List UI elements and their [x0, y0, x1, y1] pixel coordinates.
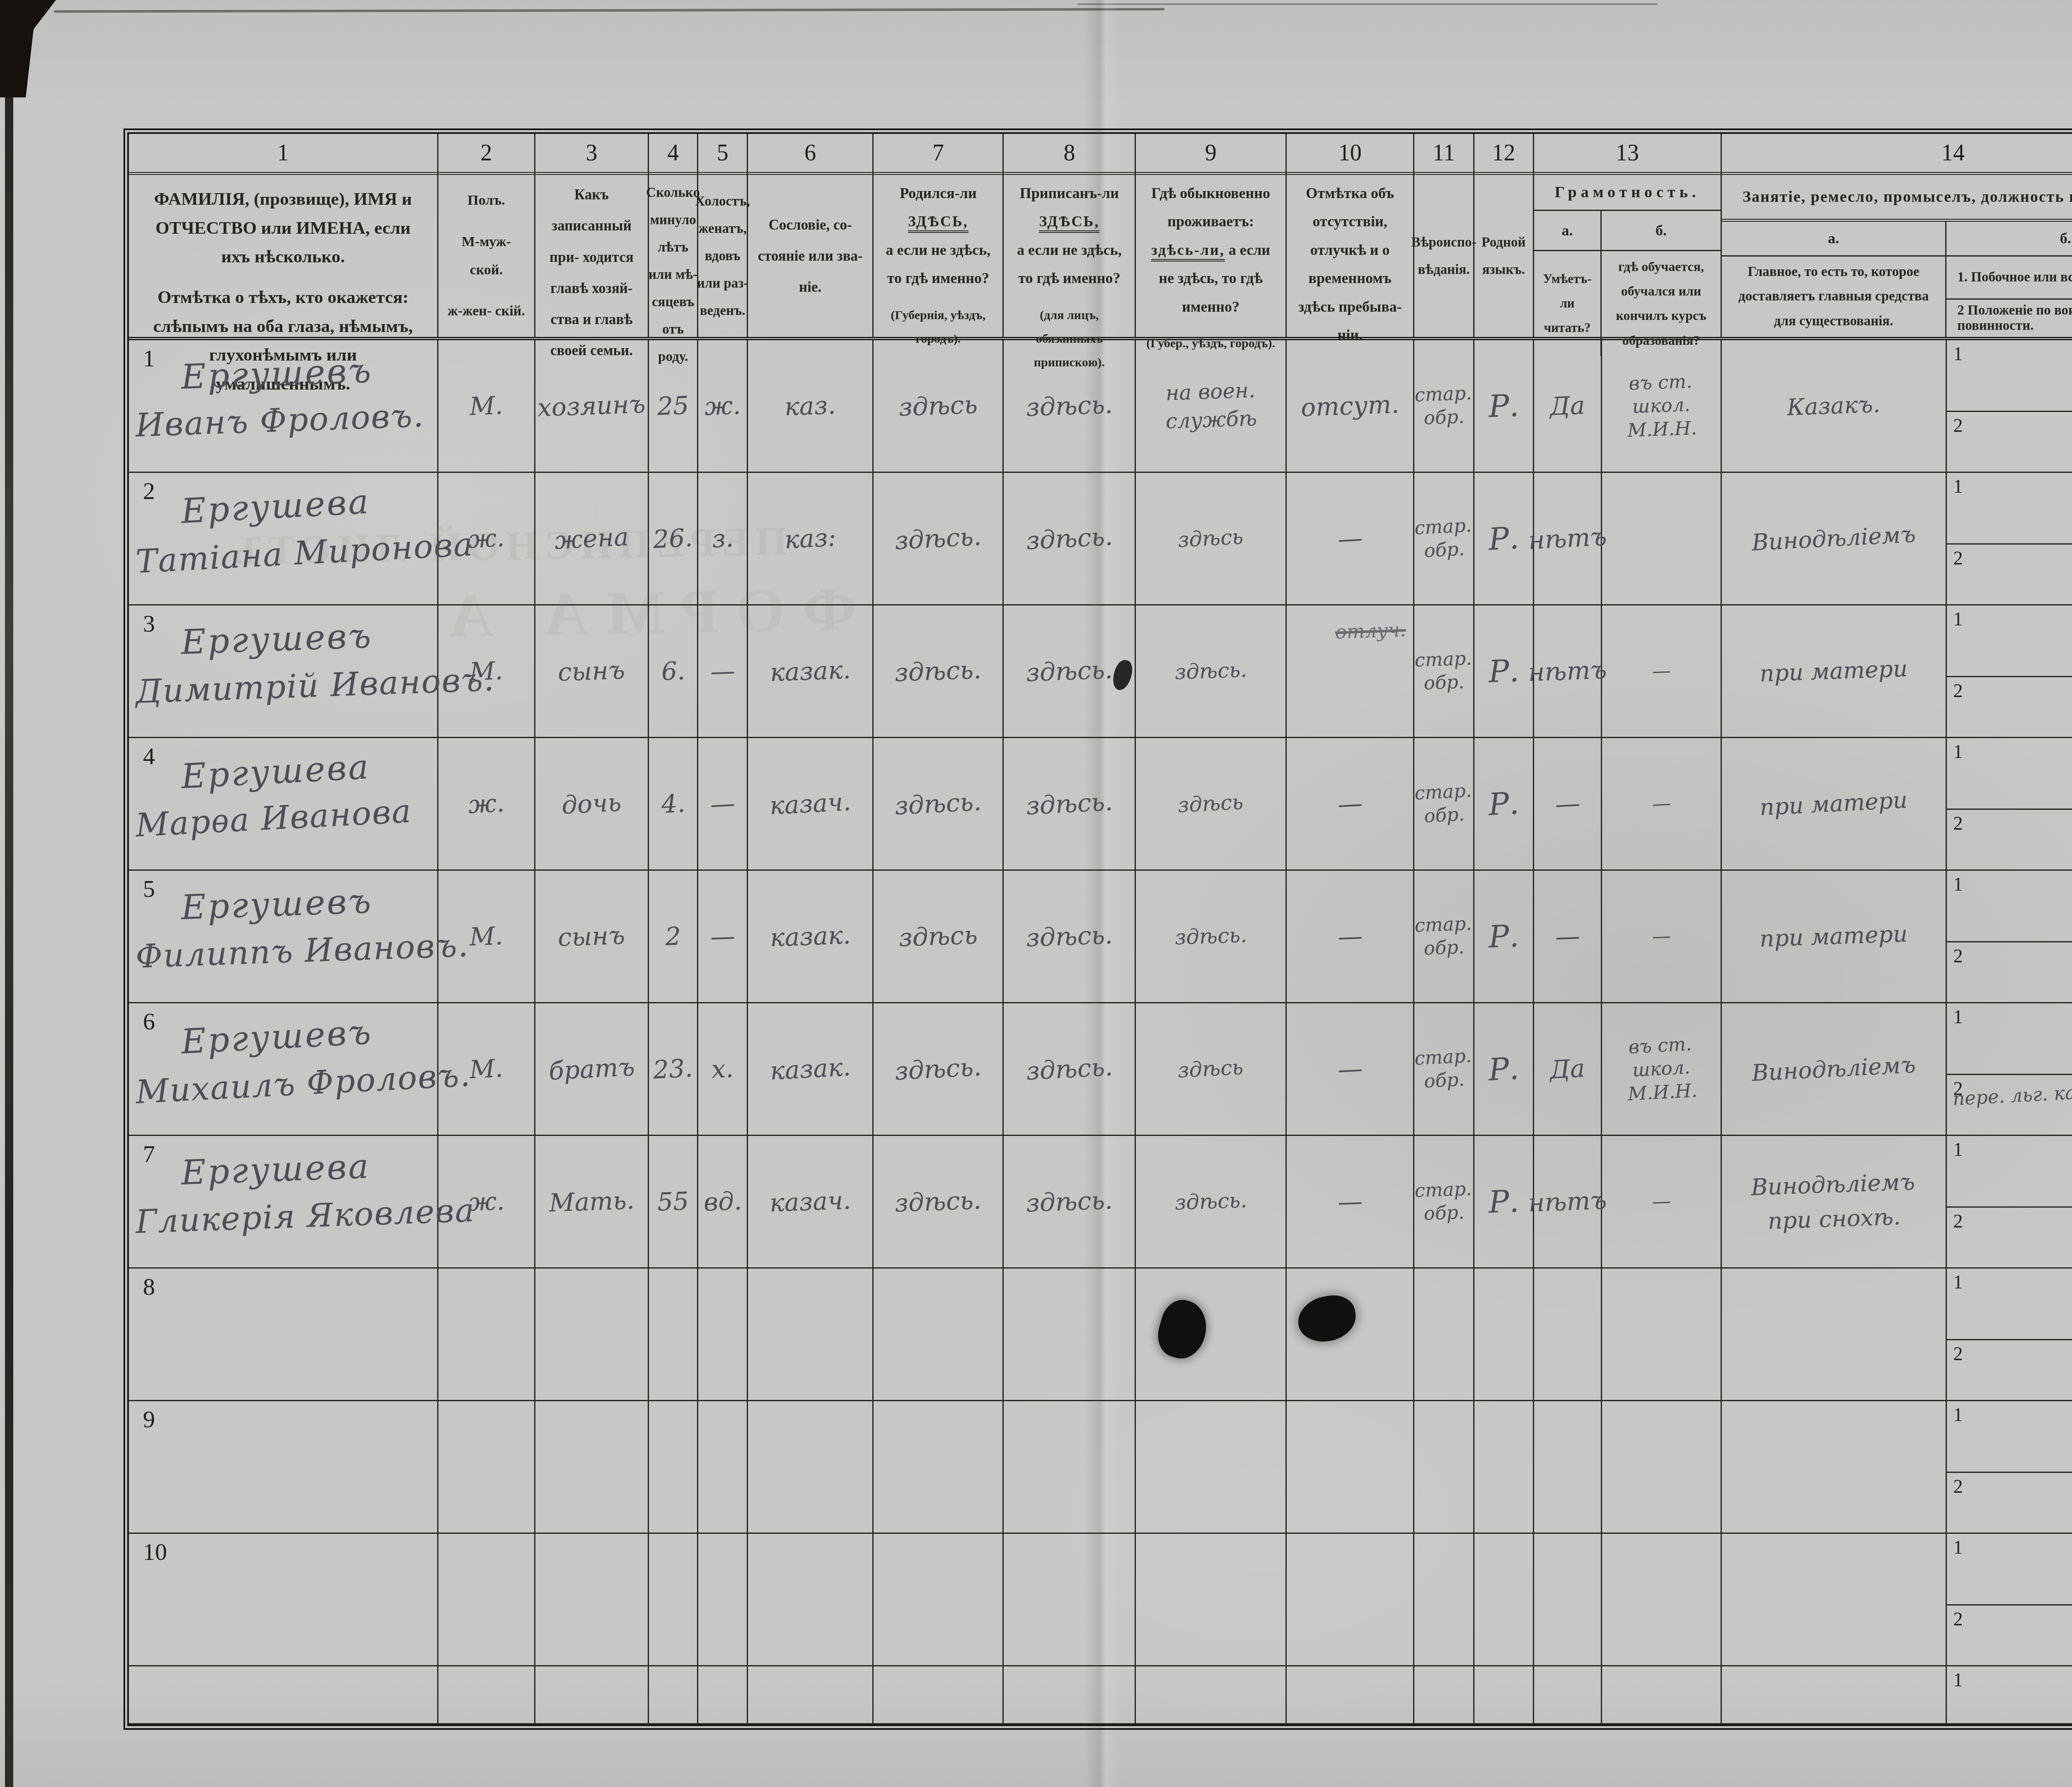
occupation-sub-b-label: б. [1946, 222, 2072, 255]
cell-marital: — [698, 605, 748, 737]
occupation-value: Винодѣліемъ [1751, 517, 1917, 560]
subcell-number-2: 2 [1953, 1608, 1963, 1630]
subcell-number-2: 2 [1953, 1343, 1963, 1365]
col-number: 1 [129, 134, 437, 175]
table-row: 5 Ергушевъ Филиппъ Ивановъ. М. сынъ 2 — … [129, 871, 2072, 1003]
cell-residence [1136, 1666, 1287, 1723]
school-value: — [1652, 1190, 1671, 1214]
cell-sex: М. [438, 340, 535, 472]
cell-relation [535, 1666, 649, 1723]
faith-value: стар. обр. [1414, 1044, 1474, 1094]
cell-marital [698, 1269, 748, 1400]
cell-occupation-secondary: 1 2пере. льг. казакъ. [1947, 1003, 2072, 1135]
col-header-text: Полъ. М-муж- ской. ж-жен- скій. [438, 175, 534, 337]
born-here-value: здѣсь [898, 390, 978, 422]
subcell-military: 2 [1947, 810, 2072, 869]
cell-name: 5 Ергушевъ Филиппъ Ивановъ. [129, 871, 438, 1002]
col-header-text: Сословіе, со- стояніе или зва- ніе. [748, 175, 873, 337]
table-row: 7 Ергушева Гликерія Яковлева ж. Мать. 55… [129, 1136, 2072, 1269]
given-name-handwriting: Татіана Миронова [135, 526, 474, 581]
cell-language: Р. [1474, 340, 1534, 472]
cell-sex: ж. [438, 738, 535, 869]
subcell-military: 2пере. льг. казакъ. [1947, 1075, 2072, 1135]
row-number: 4 [143, 742, 155, 770]
cell-born-here: здѣсь. [874, 473, 1004, 604]
sex-value: ж. [467, 788, 505, 819]
col-header-occupation: 14 Занятіе, ремесло, промыселъ, должност… [1722, 134, 2072, 337]
reads-value: — [1554, 789, 1581, 819]
subcell-side-occupation: 1 [1947, 1136, 2072, 1208]
cell-name: 6 Ергушевъ Михаилъ Фроловъ. [129, 1003, 438, 1135]
census-table: 1 ФАМИЛІЯ, (прозвище), ИМЯ и ОТЧЕСТВО ил… [123, 128, 2072, 1730]
cell-language: Р. [1474, 605, 1534, 737]
cell-absence: — [1287, 738, 1415, 869]
cell-school [1602, 1401, 1722, 1533]
cell-relation: сынъ [535, 605, 649, 737]
born-here-value: здѣсь. [894, 1052, 982, 1086]
subcell-number-1: 1 [1953, 1138, 1963, 1160]
cell-estate: каз. [748, 340, 874, 472]
subcell-side-occupation: 1 [1947, 340, 2072, 412]
cell-residence: здѣсь. [1136, 1136, 1287, 1267]
cell-reads [1534, 1269, 1602, 1400]
cell-language: Р. [1474, 1136, 1534, 1267]
residence-value: здѣсь [1177, 1053, 1244, 1085]
cell-estate: казак. [748, 1003, 874, 1135]
reads-value: нѣтъ [1528, 655, 1607, 687]
sex-value: М. [469, 391, 503, 421]
col-header-text: Родился-ли ЗДѢСЬ, а если не здѣсь, то гд… [874, 175, 1002, 355]
marital-value: ж. [704, 391, 741, 421]
age-value: 25 [657, 391, 690, 421]
cell-reads [1534, 1534, 1602, 1665]
subcell-number-1: 1 [1953, 1669, 1963, 1691]
marital-value: — [709, 656, 735, 686]
table-row: 9 1 2 [129, 1401, 2072, 1534]
cell-residence [1136, 1269, 1287, 1400]
cell-registered-here: здѣсь. [1004, 473, 1136, 604]
col-header-estate: 6 Сословіе, со- стояніе или зва- ніе. [748, 134, 874, 337]
cell-school [1602, 1666, 1722, 1723]
cell-relation: сынъ [535, 871, 649, 1002]
cell-occupation-main: Казакъ. [1722, 340, 1947, 472]
col-header-born-here: 7 Родился-ли ЗДѢСЬ, а если не здѣсь, то … [874, 134, 1004, 337]
subcell-number-1: 1 [1953, 741, 1963, 763]
subcell-side-occupation: 1 [1947, 1666, 2072, 1723]
cell-born-here [874, 1666, 1004, 1723]
cell-name: 2 Ергушева Татіана Миронова [129, 473, 438, 604]
header-underlined-word: ЗДѢСЬ, [908, 213, 968, 233]
school-value: — [1652, 925, 1671, 949]
registered-here-value: здѣсь. [1025, 1052, 1113, 1086]
reads-value: Да [1549, 1053, 1586, 1084]
occupation-sub-b2-text: 2 Положеніе по воинской повинности. [1946, 300, 2072, 337]
cell-reads: Да [1534, 1003, 1602, 1135]
cell-occupation-secondary: 1 2 [1947, 340, 2072, 472]
cell-residence: здѣсь. [1136, 605, 1287, 737]
subcell-side-occupation: 1 [1947, 1534, 2072, 1605]
cell-absence: — [1287, 473, 1415, 604]
subcell-number-1: 1 [1953, 475, 1963, 497]
cell-name: 3 Ергушевъ Димитрій Ивановъ. [129, 605, 438, 737]
marital-value: з. [711, 523, 734, 554]
cell-reads: Да [1534, 340, 1602, 472]
cell-relation [535, 1534, 649, 1665]
subcell-number-2: 2 [1953, 414, 1963, 436]
cell-registered-here: здѣсь. [1004, 1003, 1136, 1135]
estate-value: казак. [770, 655, 851, 687]
occupation-sub-b1-text: 1. Побочное или вспомогательное. [1946, 257, 2072, 300]
subcell-number-2: 2 [1953, 547, 1963, 569]
table-row: 8 1 2 [129, 1269, 2072, 1401]
cell-age [649, 1269, 699, 1400]
subcell-number-2: 2 [1953, 1475, 1963, 1497]
cell-born-here: здѣсь [874, 340, 1004, 472]
cell-marital: — [698, 738, 748, 869]
cell-born-here: здѣсь. [874, 738, 1004, 869]
row-number: 5 [143, 875, 155, 903]
cell-estate: казач. [748, 738, 874, 869]
cell-born-here: здѣсь. [874, 1136, 1004, 1267]
header-text-line: Гдѣ обыкновенно проживаетъ: [1143, 179, 1279, 236]
absence-value: — [1337, 1054, 1363, 1084]
subcell-military: 2 [1947, 677, 2072, 737]
subcell-military: 2 [1947, 545, 2072, 604]
faith-value: стар. обр. [1414, 514, 1474, 564]
cell-occupation-main: при матери [1722, 738, 1947, 869]
cell-absence [1287, 1269, 1415, 1400]
cell-reads [1534, 1401, 1602, 1533]
header-text-line: а если не здѣсь, то гдѣ именно? [880, 236, 996, 293]
born-here-value: здѣсь. [894, 655, 982, 687]
cell-age [649, 1401, 699, 1533]
language-value: Р. [1488, 1051, 1520, 1088]
cell-absence: — [1287, 871, 1415, 1002]
school-value: — [1651, 792, 1671, 816]
cell-occupation-main: при матери [1722, 605, 1947, 737]
given-name-handwriting: Марѳа Иванова [135, 793, 413, 845]
cell-faith [1414, 1666, 1474, 1723]
cell-born-here: здѣсь [874, 871, 1004, 1002]
col-header-residence: 9 Гдѣ обыкновенно проживаетъ: здѣсь-ли, … [1136, 134, 1287, 337]
occupation-title: Занятіе, ремесло, промыселъ, должность и… [1722, 175, 2072, 222]
cell-sex: ж. [438, 1136, 535, 1267]
estate-value: казак. [769, 1052, 851, 1085]
born-here-value: здѣсь. [894, 1186, 982, 1218]
cell-marital: — [698, 871, 748, 1002]
subcell-side-occupation: 1 [1947, 738, 2072, 810]
born-here-value: здѣсь. [894, 787, 982, 821]
subcell-side-occupation: 1 [1947, 1401, 2072, 1473]
cell-absence: отлуч. [1287, 605, 1415, 737]
born-here-value: здѣсь. [894, 522, 982, 555]
cell-absence: — [1287, 1136, 1415, 1267]
cell-relation [535, 1401, 649, 1533]
cell-name: 8 [129, 1269, 438, 1400]
cell-school [1602, 473, 1722, 604]
subcell-number-1: 1 [1953, 1404, 1963, 1426]
col-number: 8 [1004, 134, 1135, 175]
cell-age: 6. [649, 605, 699, 737]
cell-faith [1414, 1534, 1474, 1665]
cell-age: 25 [649, 340, 699, 472]
cell-name: 7 Ергушева Гликерія Яковлева [129, 1136, 438, 1267]
cell-language: Р. [1474, 473, 1534, 604]
col-header-marital: 5 Холостъ, женатъ, вдовъ или раз- веденъ… [698, 134, 748, 337]
subcell-number-2: 2 [1953, 945, 1963, 967]
cell-occupation-secondary: 1 2 [1947, 738, 2072, 869]
col-number: 9 [1136, 134, 1285, 175]
cell-faith [1414, 1269, 1474, 1400]
cell-age: 23. [649, 1003, 699, 1135]
cell-sex [438, 1269, 535, 1400]
occupation-sub-a-text: Главное, то есть то, которое доставляетъ… [1722, 257, 1946, 337]
language-value: Р. [1488, 520, 1520, 557]
age-value: 4. [661, 789, 686, 819]
cell-born-here [874, 1401, 1004, 1533]
col-header-language: 12 Родной языкъ. [1474, 134, 1534, 337]
literacy-title: Грамотность. [1534, 175, 1721, 211]
surname-handwriting: Ергушевъ [181, 616, 373, 662]
faith-value: стар. обр. [1414, 912, 1474, 961]
header-text-line: М-муж- ской. [445, 228, 528, 284]
cell-residence: здѣсь [1136, 473, 1287, 604]
registered-here-value: здѣсь. [1026, 920, 1113, 952]
cell-school [1602, 1534, 1722, 1665]
cell-born-here [874, 1269, 1004, 1400]
absence-value: — [1337, 921, 1363, 951]
given-name-handwriting: Филиппъ Ивановъ. [135, 927, 470, 976]
cell-occupation-secondary: 1 [1947, 1666, 2072, 1723]
subcell-number-2: 2 [1953, 680, 1963, 702]
cell-relation: хозяинъ [535, 340, 649, 472]
school-value: — [1652, 659, 1671, 683]
cell-occupation-main: Винодѣліемъ [1722, 473, 1947, 604]
cell-school: — [1602, 871, 1722, 1002]
col-header-faith: 11 Вѣроиспо- вѣданія. [1414, 134, 1474, 337]
cell-occupation-secondary: 1 2 [1947, 473, 2072, 604]
cell-sex: М. [438, 871, 535, 1002]
scanned-census-sheet: ПЕРЕПИСНОЙ ЛИСТЪ ФОРМА А 359 1 ФАМИЛІЯ, … [0, 0, 2072, 1787]
page-number-handwritten: 359 [2066, 3, 2072, 125]
cell-language: Р. [1474, 738, 1534, 869]
subcell-side-occupation: 1 [1947, 605, 2072, 677]
occupation-value: при матери [1759, 783, 1908, 825]
cell-occupation-secondary: 1 2 [1947, 1269, 2072, 1400]
cell-name: 9 [129, 1401, 438, 1533]
subcell-military: 2 [1947, 1208, 2072, 1267]
estate-value: казак. [770, 920, 851, 952]
cell-occupation-main: при матери [1722, 871, 1947, 1002]
cell-registered-here: здѣсь. [1004, 605, 1136, 737]
row-number: 3 [143, 610, 155, 637]
cell-registered-here [1004, 1534, 1136, 1665]
col-header-text: Родной языкъ. [1474, 175, 1533, 337]
row-number: 7 [143, 1140, 155, 1168]
cell-occupation-secondary: 1 2 [1947, 1534, 2072, 1665]
col-header-relation: 3 Какъ записанный при- ходится главѣ хоз… [535, 134, 649, 337]
cell-absence [1287, 1401, 1415, 1533]
surname-handwriting: Ергушева [180, 747, 371, 797]
marital-value: — [709, 789, 736, 819]
cell-registered-here [1004, 1666, 1136, 1723]
residence-value: здѣсь. [1174, 1186, 1247, 1217]
reads-value: нѣтъ [1527, 522, 1607, 555]
cell-reads: нѣтъ [1534, 1136, 1602, 1267]
sex-value: М. [469, 921, 503, 952]
cell-absence: отсут. [1287, 340, 1415, 472]
cell-faith: стар. обр. [1414, 1003, 1474, 1135]
cell-reads: нѣтъ [1534, 473, 1602, 604]
cell-school: — [1602, 738, 1722, 869]
reads-value: — [1554, 921, 1580, 951]
cell-sex [438, 1534, 535, 1665]
cell-absence [1287, 1666, 1415, 1723]
sex-value: ж. [468, 1186, 505, 1217]
cell-language: Р. [1474, 871, 1534, 1002]
cell-relation: Мать. [535, 1136, 649, 1267]
cell-residence [1136, 1401, 1287, 1533]
subcell-number-2: 2 [1953, 1210, 1963, 1232]
absence-struck-value: отлуч. [1335, 618, 1406, 643]
faith-value: стар. обр. [1414, 1177, 1474, 1226]
cell-born-here [874, 1534, 1004, 1665]
header-text-line: а если не здѣсь, то гдѣ именно? [1010, 236, 1128, 293]
cell-absence: — [1287, 1003, 1415, 1135]
table-row: 6 Ергушевъ Михаилъ Фроловъ. М. братъ 23.… [129, 1003, 2072, 1136]
cell-residence: на воен. службѣ [1136, 340, 1287, 472]
cell-marital [698, 1401, 748, 1533]
relation-value: дочь [561, 788, 622, 820]
military-value: пере. льг. казакъ. [1952, 1079, 2072, 1110]
cell-age [649, 1666, 699, 1723]
reads-value: нѣтъ [1528, 1186, 1607, 1218]
occupation-value: Винодѣліемъ [1751, 1048, 1917, 1090]
cell-reads [1534, 1666, 1602, 1723]
header-text-line: ж-жен- скій. [448, 297, 525, 325]
occupation-value: Винодѣліемъ при снохѣ. [1727, 1164, 1940, 1240]
cell-school [1602, 1269, 1722, 1400]
col-header-text: Вѣроиспо- вѣданія. [1414, 175, 1473, 337]
col-header-literacy: 13 Грамотность. а. б. Умѣетъ- ли читать?… [1534, 134, 1722, 337]
subcell-military: 2 [1947, 412, 2072, 472]
school-value: въ ст. школ. М.И.Н. [1600, 1031, 1722, 1107]
table-row: 1 Ергушевъ Иванъ Фроловъ. М. хозяинъ 25 … [129, 340, 2072, 473]
col-number: 6 [748, 134, 873, 175]
sex-value: ж. [467, 523, 505, 554]
marital-value: х. [711, 1054, 734, 1084]
cell-age: 55 [649, 1136, 699, 1267]
surname-handwriting: Ергушевъ [181, 351, 373, 397]
marital-value: — [709, 921, 735, 951]
cell-faith [1414, 1401, 1474, 1533]
scan-corner-top-left [0, 0, 56, 97]
cell-estate [748, 1401, 874, 1533]
given-name-handwriting: Гликерія Яковлева [135, 1192, 476, 1241]
subcell-number-1: 1 [1953, 1536, 1963, 1558]
subcell-side-occupation: 1 [1947, 473, 2072, 545]
subcell-military: 2 [1947, 1605, 2072, 1665]
occupation-sub-a-label: а. [1722, 222, 1946, 255]
relation-value: хозяинъ [537, 390, 646, 422]
literacy-sub-a-label: а. [1534, 211, 1602, 250]
cell-faith: стар. обр. [1414, 1136, 1474, 1267]
header-text-line: ФАМИЛІЯ, (прозвище), ИМЯ и ОТЧЕСТВО или … [141, 185, 425, 271]
given-name-handwriting: Михаилъ Фроловъ. [135, 1056, 472, 1111]
cell-occupation-main [1722, 1401, 1947, 1533]
row-number: 9 [143, 1405, 155, 1433]
col-header-age: 4 Сколько минуло лѣтъ или мѣ- сяцевъ отъ… [649, 134, 699, 337]
cell-faith: стар. обр. [1414, 871, 1474, 1002]
cell-school: въ ст. школ. М.И.Н. [1602, 1003, 1722, 1135]
marital-value: вд. [703, 1186, 742, 1217]
cell-estate: казак. [748, 605, 874, 737]
row-number: 8 [143, 1273, 155, 1300]
paper-fold-line [54, 8, 1164, 13]
col-header-text: Гдѣ обыкновенно проживаетъ: здѣсь-ли, а … [1136, 175, 1285, 359]
cell-born-here: здѣсь. [874, 1003, 1004, 1135]
literacy-sub-b-label: б. [1602, 211, 1721, 250]
cell-registered-here: здѣсь. [1004, 871, 1136, 1002]
relation-value: жена [554, 522, 629, 555]
cell-registered-here [1004, 1401, 1136, 1533]
estate-value: каз. [784, 390, 836, 421]
cell-relation: жена [535, 473, 649, 604]
relation-value: братъ [548, 1052, 635, 1086]
cell-relation: братъ [535, 1003, 649, 1135]
registered-here-value: здѣсь. [1026, 1186, 1113, 1218]
scan-edge-left [5, 0, 13, 1787]
cell-registered-here: здѣсь. [1004, 1136, 1136, 1267]
cell-relation [535, 1269, 649, 1400]
cell-marital [698, 1666, 748, 1723]
cell-language [1474, 1666, 1534, 1723]
age-value: 55 [657, 1186, 690, 1217]
subcell-military: 2 [1947, 1473, 2072, 1533]
cell-marital: ж. [698, 340, 748, 472]
col-number: 10 [1287, 134, 1414, 175]
cell-sex [438, 1401, 535, 1533]
cell-occupation-main [1722, 1534, 1947, 1665]
col-number: 11 [1414, 134, 1473, 175]
estate-value: каз: [784, 523, 837, 554]
header-text-line: Родился-ли [900, 185, 977, 201]
subcell-number-1: 1 [1953, 343, 1963, 365]
cell-school: — [1602, 1136, 1722, 1267]
subcell-number-1: 1 [1953, 1006, 1963, 1028]
absence-value: — [1337, 789, 1363, 819]
cell-occupation-secondary: 1 2 [1947, 1136, 2072, 1267]
cell-faith: стар. обр. [1414, 738, 1474, 869]
col-header-text: Холостъ, женатъ, вдовъ или раз- веденъ. [698, 175, 747, 337]
registered-here-value: здѣсь. [1026, 655, 1113, 687]
col-number: 12 [1474, 134, 1533, 175]
residence-value: здѣсь [1177, 523, 1244, 555]
language-value: Р. [1488, 653, 1519, 690]
cell-age: 26. [649, 473, 699, 604]
col-header-registered-here: 8 Приписанъ-ли ЗДѢСЬ, а если не здѣсь, т… [1004, 134, 1136, 337]
occupation-value: при матери [1759, 651, 1908, 691]
cell-age: 4. [649, 738, 699, 869]
cell-relation: дочь [535, 738, 649, 869]
faith-value: стар. обр. [1414, 647, 1474, 695]
paper-fold-line-2 [1077, 3, 1658, 5]
cell-age: 2 [649, 871, 699, 1002]
cell-occupation-main: Винодѣліемъ при снохѣ. [1722, 1136, 1947, 1267]
cell-faith: стар. обр. [1414, 340, 1474, 472]
cell-age [649, 1534, 699, 1665]
cell-faith: стар. обр. [1414, 473, 1474, 604]
